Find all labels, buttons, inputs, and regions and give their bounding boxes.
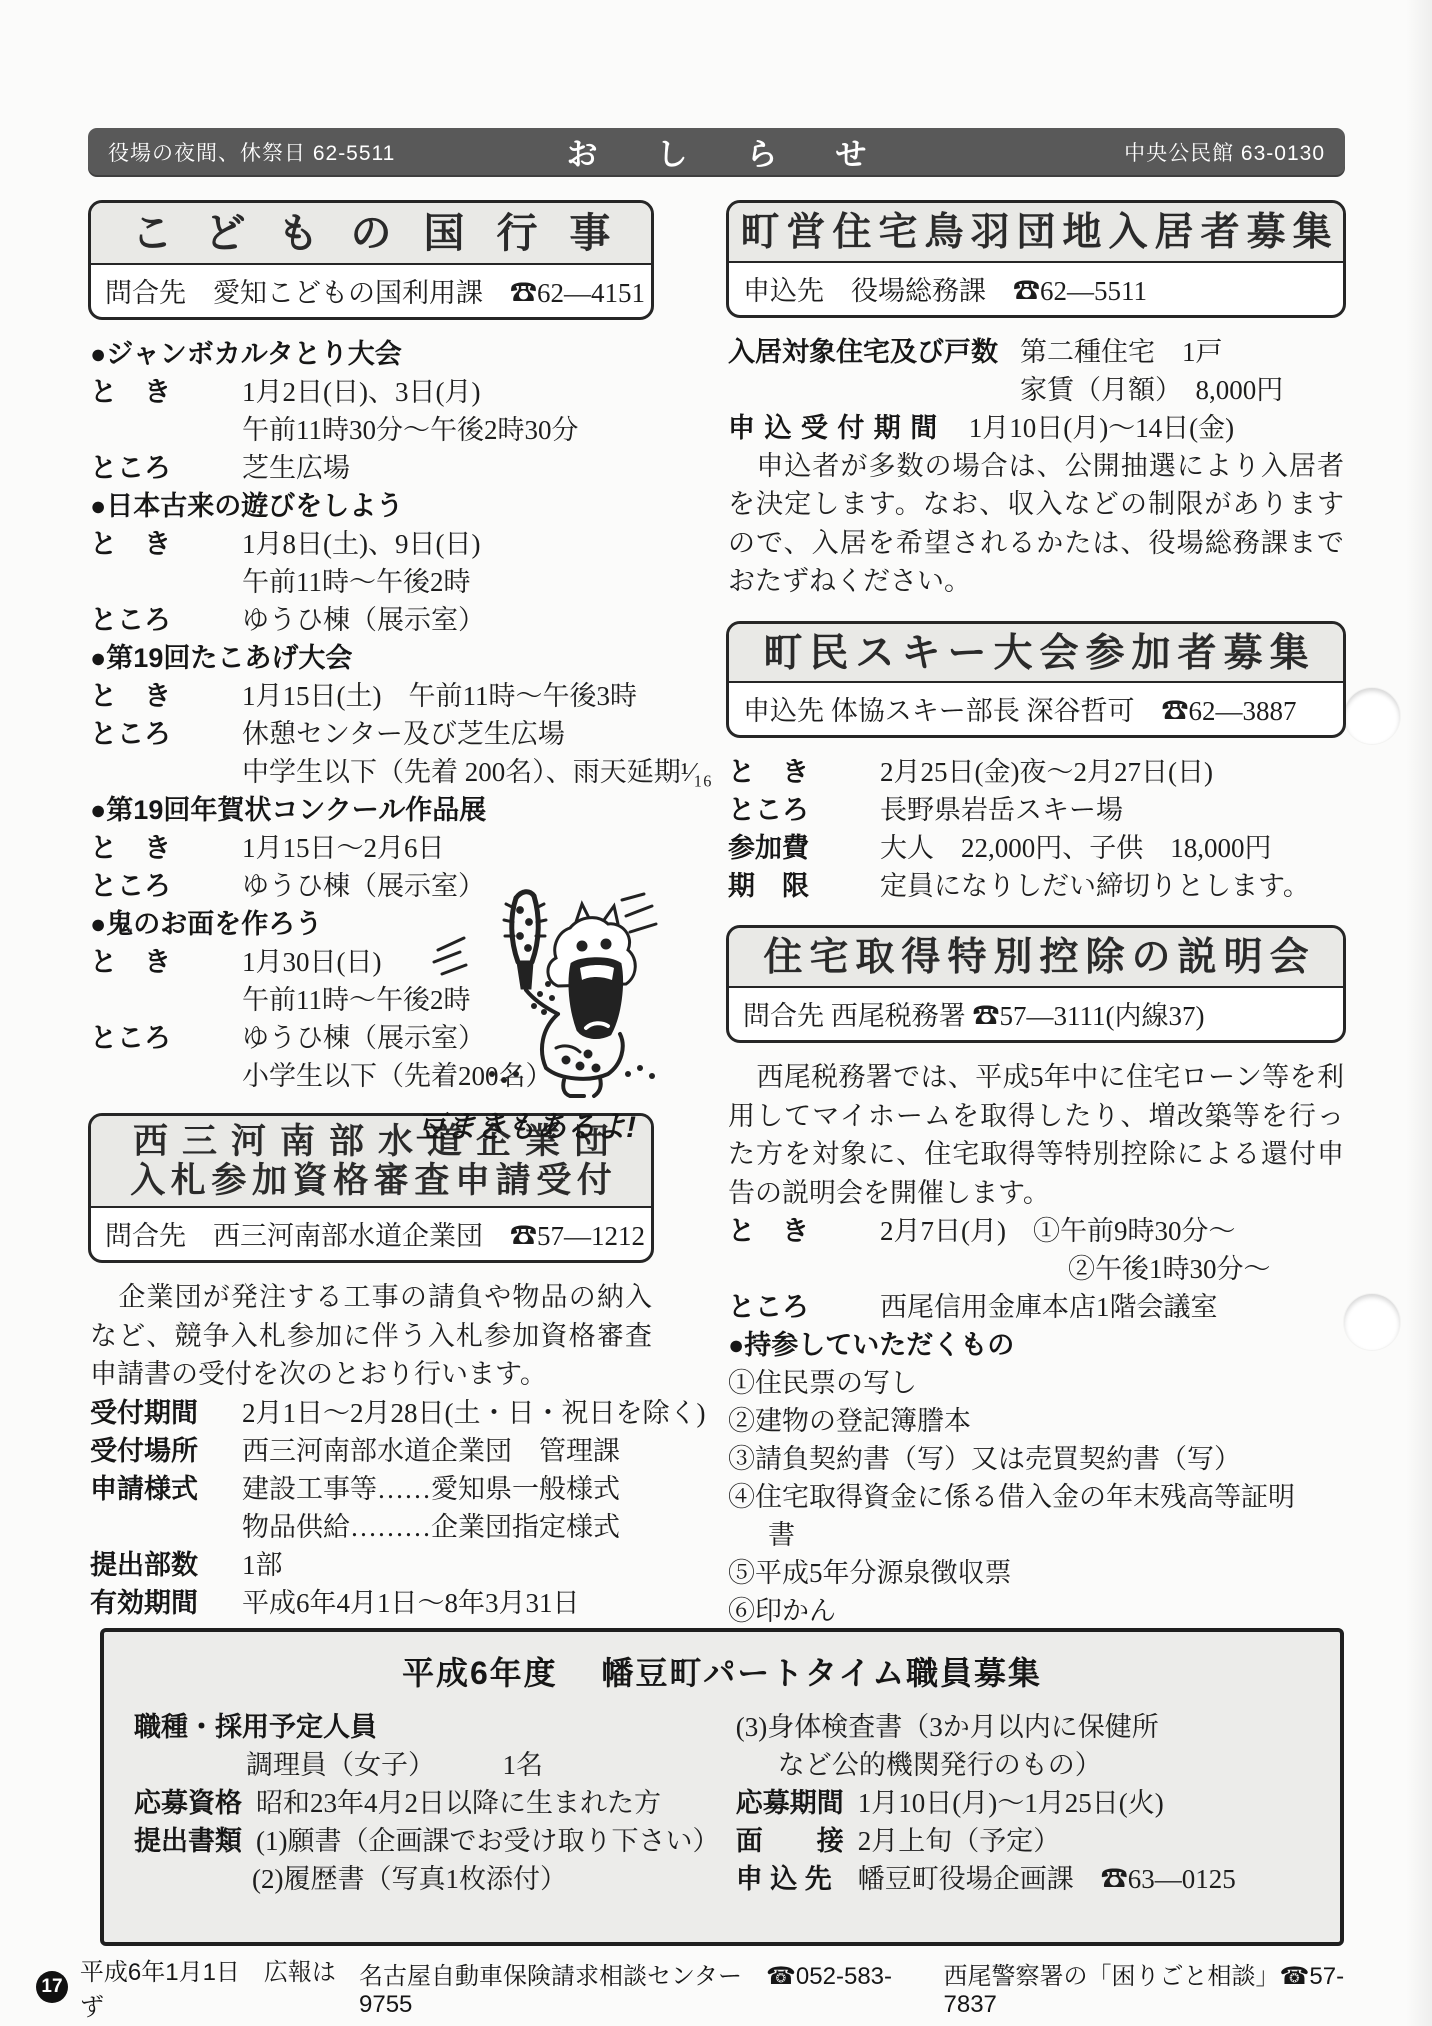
line-label: ところ (90, 715, 242, 753)
footer-right-contact: 西尾警察署の「困りごと相談」☎57-7837 (944, 1956, 1397, 2019)
text-line: ところ休憩センター及び芝生広場 (90, 715, 652, 753)
footer-center-contact: 名古屋自動車保険請求相談センター ☎052-583-9755 (359, 1956, 944, 2019)
line-label: 受付期間 (90, 1394, 242, 1432)
line-text: ●持参していただくもの (728, 1326, 1014, 1364)
kodomo-contact: 問合先 愛知こどもの国利用課 ☎62—4151 (91, 265, 651, 317)
part-time-title-year: 平成6年度 (402, 1655, 557, 1691)
line-label: と き (728, 1212, 880, 1250)
line-text: (1)願書（企画課でお受け取り下さい） (256, 1822, 719, 1860)
page-number-badge: 17 (36, 1971, 68, 2003)
jutaku-title: 町営住宅鳥羽団地入居者募集 (729, 203, 1343, 263)
line-label: 入居対象住宅及び戸数 (728, 333, 998, 371)
suido-body: 企業団が発注する工事の請負や物品の納入など、競争入札参加に伴う入札参加資格審査申… (90, 1278, 652, 1622)
line-text: 大人 22,000円、子供 18,000円 (880, 829, 1272, 867)
binder-hole-top (1344, 688, 1400, 744)
text-line: 提出部数1部 (90, 1546, 652, 1584)
suido-title-line2: 入札参加資格審査申請受付 (93, 1161, 649, 1200)
text-line: ⑥印かん (728, 1592, 1344, 1630)
line-text: 長野県岩岳スキー場 (880, 791, 1123, 829)
line-text: 2月1日～2月28日(土・日・祝日を除く) (242, 1394, 705, 1432)
koujo-body: 西尾税務署では、平成5年中に住宅ローン等を利用してマイホームを取得したり、増改築… (728, 1058, 1344, 1668)
text-line: と き2月25日(金)夜～2月27日(日) (728, 753, 1344, 791)
text-line: 申請様式建設工事等……愛知県一般様式 (90, 1470, 652, 1508)
ski-contact: 申込先 体協スキー部長 深谷哲可 ☎62—3887 (729, 683, 1343, 735)
text-line: ところゆうひ棟（展示室） (90, 601, 652, 639)
text-line: 家賃（月額） 8,000円 (728, 371, 1344, 409)
ski-title: 町民スキー大会参加者募集 (729, 624, 1343, 684)
line-text: 1月10日(月)～1月25日(火) (858, 1784, 1164, 1822)
line-text: 書 (768, 1516, 795, 1554)
text-line: と き1月15日～2月6日 (90, 829, 652, 867)
text-line: 書 (728, 1516, 1344, 1554)
text-line: 面 接2月上旬（予定） (736, 1822, 1314, 1860)
text-line: (2)履歴書（写真1枚添付） (134, 1860, 736, 1898)
line-label: 期 限 (728, 867, 880, 905)
line-text: ①住民票の写し (728, 1364, 917, 1402)
text-line: (3)身体検査書（3か月以内に保健所 (736, 1708, 1314, 1746)
part-time-left-column: 職種・採用予定人員調理員（女子） 1名応募資格昭和23年4月2日以降に生まれた方… (134, 1708, 736, 1898)
text-line: など公的機関発行のもの） (736, 1746, 1314, 1784)
line-text: 建設工事等……愛知県一般様式 (242, 1470, 620, 1508)
line-label: と き (90, 373, 242, 411)
text-line: 職種・採用予定人員 (134, 1708, 736, 1746)
line-text: 家賃（月額） 8,000円 (1020, 371, 1283, 409)
line-text: 西三河南部水道企業団 管理課 (242, 1432, 620, 1470)
text-line: 申込受付期間1月10日(月)～14日(金) (728, 409, 1344, 447)
right-column: 町営住宅鳥羽団地入居者募集 申込先 役場総務課 ☎62—5511 入居対象住宅及… (726, 200, 1346, 1668)
text-line: 受付場所西三河南部水道企業団 管理課 (90, 1432, 652, 1470)
section-part-time-box: 平成6年度幡豆町パートタイム職員募集 職種・採用予定人員調理員（女子） 1名応募… (100, 1628, 1344, 1946)
line-label: 提出部数 (90, 1546, 242, 1584)
line-text: 定員になりしだい締切りとします。 (880, 867, 1310, 905)
text-line: 受付期間2月1日～2月28日(土・日・祝日を除く) (90, 1394, 652, 1432)
line-text: 昭和23年4月2日以降に生まれた方 (256, 1784, 661, 1822)
oni-illustration (430, 888, 662, 1100)
text-line: 申込者が多数の場合は、公開抽選により入居者を決定します。なお、収入などの制限があ… (728, 447, 1344, 601)
line-label: 提出書類 (134, 1822, 256, 1860)
text-line: と き1月15日(土) 午前11時～午後3時 (90, 677, 652, 715)
line-text: ●日本古来の遊びをしよう (90, 487, 403, 525)
text-line: 期 限定員になりしだい締切りとします。 (728, 867, 1344, 905)
line-text: ●鬼のお面を作ろう (90, 905, 322, 943)
line-text: 午前11時～午後2時 (242, 563, 471, 601)
text-line: 応募資格昭和23年4月2日以降に生まれた方 (134, 1784, 736, 1822)
part-time-right-column: (3)身体検査書（3か月以内に保健所など公的機関発行のもの）応募期間1月10日(… (736, 1708, 1314, 1898)
line-text: 1月30日(日) (242, 943, 381, 981)
line-text: 休憩センター及び芝生広場 (242, 715, 565, 753)
line-text: ②建物の登記簿謄本 (728, 1402, 971, 1440)
text-line: ●日本古来の遊びをしよう (90, 487, 652, 525)
text-line: 午前11時～午後2時 (90, 563, 652, 601)
text-line: 中学生以下（先着 200名）、雨天延期¹⁄₁₆ (90, 753, 652, 791)
text-line: ●ジャンボカルタとり大会 (90, 335, 652, 373)
page-title: おしらせ (88, 129, 1345, 174)
line-label: と き (90, 677, 242, 715)
jutaku-contact: 申込先 役場総務課 ☎62—5511 (729, 263, 1343, 315)
line-text: 1月15日(土) 午前11時～午後3時 (242, 677, 637, 715)
line-text: (2)履歴書（写真1枚添付） (252, 1860, 567, 1898)
line-label: と き (90, 525, 242, 563)
line-text: 1月2日(日)、3日(月) (242, 373, 480, 411)
line-label: 参加費 (728, 829, 880, 867)
line-text: など公的機関発行のもの） (778, 1746, 1102, 1784)
text-line: 申 込 先幡豆町役場企画課 ☎63—0125 (736, 1860, 1314, 1898)
text-line: ところ長野県岩岳スキー場 (728, 791, 1344, 829)
section-ski-box: 町民スキー大会参加者募集 申込先 体協スキー部長 深谷哲可 ☎62—3887 (726, 621, 1346, 739)
header-bar: 役場の夜間、休祭日 62-5511 おしらせ 中央公民館 63-0130 (88, 128, 1345, 175)
text-line: ①住民票の写し (728, 1364, 1344, 1402)
text-line: 午前11時30分～午後2時30分 (90, 411, 652, 449)
line-text: ⑤平成5年分源泉徴収票 (728, 1554, 1012, 1592)
oni-caption: 豆まきもあるよ! (416, 1102, 716, 1146)
ski-body: と き2月25日(金)夜～2月27日(日)ところ長野県岩岳スキー場参加費大人 2… (728, 753, 1344, 905)
text-line: と き1月2日(日)、3日(月) (90, 373, 652, 411)
text-line: ●第19回たこあげ大会 (90, 639, 652, 677)
line-label: と き (728, 753, 880, 791)
line-label: 受付場所 (90, 1432, 242, 1470)
line-text: 1月15日～2月6日 (242, 829, 445, 867)
line-label: 申 込 先 (736, 1860, 858, 1898)
line-text: 午前11時30分～午後2時30分 (242, 411, 579, 449)
line-text: 西尾信用金庫本店1階会議室 (880, 1288, 1218, 1326)
kodomo-title: こどもの国行事 (91, 203, 651, 265)
line-text: ●第19回年賀状コンクール作品展 (90, 791, 486, 829)
text-line: 有効期間平成6年4月1日～8年3月31日 (90, 1584, 652, 1622)
line-text: 1月10日(月)～14日(金) (969, 409, 1234, 447)
text-line: 企業団が発注する工事の請負や物品の納入など、競争入札参加に伴う入札参加資格審査申… (90, 1278, 652, 1394)
text-line: と き2月7日(月) ①午前9時30分～ (728, 1212, 1344, 1250)
line-text: ●第19回たこあげ大会 (90, 639, 352, 677)
text-line: 調理員（女子） 1名 (134, 1746, 736, 1784)
line-label: ところ (90, 601, 242, 639)
line-text: 2月25日(金)夜～2月27日(日) (880, 753, 1213, 791)
text-line: ②建物の登記簿謄本 (728, 1402, 1344, 1440)
part-time-title: 平成6年度幡豆町パートタイム職員募集 (104, 1648, 1340, 1694)
text-line: ④住宅取得資金に係る借入金の年末残高等証明 (728, 1478, 1344, 1516)
text-line: ③請負契約書（写）又は売買契約書（写） (728, 1440, 1344, 1478)
line-text: 平成6年4月1日～8年3月31日 (242, 1584, 580, 1622)
line-text: ②午後1時30分～ (1068, 1250, 1271, 1288)
line-text: 1部 (242, 1546, 283, 1584)
text-line: 応募期間1月10日(月)～1月25日(火) (736, 1784, 1314, 1822)
text-line: 入居対象住宅及び戸数第二種住宅 1戸 (728, 333, 1344, 371)
scan-edge-shading (1406, 0, 1432, 2026)
footer-date-edition: 平成6年1月1日 広報はず (80, 1952, 359, 2022)
line-text: 職種・採用予定人員 (134, 1708, 377, 1746)
line-text: 2月上旬（予定） (858, 1822, 1061, 1860)
part-time-title-main: 幡豆町パートタイム職員募集 (602, 1655, 1042, 1691)
section-koujo-box: 住宅取得特別控除の説明会 問合先 西尾税務署 ☎57—3111(内線37) (726, 925, 1346, 1043)
line-label: ところ (90, 1019, 242, 1057)
line-label: と き (90, 829, 242, 867)
line-label: 申込受付期間 (728, 409, 947, 447)
text-line: ところ芝生広場 (90, 449, 652, 487)
left-column: こどもの国行事 問合先 愛知こどもの国利用課 ☎62—4151 ●ジャンボカルタ… (88, 200, 654, 1622)
line-text: 幡豆町役場企画課 ☎63—0125 (858, 1860, 1236, 1898)
koujo-title: 住宅取得特別控除の説明会 (729, 928, 1343, 988)
text-line: ところ西尾信用金庫本店1階会議室 (728, 1288, 1344, 1326)
text-line: ●持参していただくもの (728, 1326, 1344, 1364)
text-line: 西尾税務署では、平成5年中に住宅ローン等を利用してマイホームを取得したり、増改築… (728, 1058, 1344, 1212)
line-label: 面 接 (736, 1822, 858, 1860)
line-text: ⑥印かん (728, 1592, 836, 1630)
page-footer: 17 平成6年1月1日 広報はず 名古屋自動車保険請求相談センター ☎052-5… (36, 1952, 1396, 2022)
text-line: 参加費大人 22,000円、子供 18,000円 (728, 829, 1344, 867)
line-label: ところ (728, 1288, 880, 1326)
section-jutaku-box: 町営住宅鳥羽団地入居者募集 申込先 役場総務課 ☎62—5511 (726, 200, 1346, 318)
line-text: 第二種住宅 1戸 (1020, 333, 1223, 371)
line-text: ③請負契約書（写）又は売買契約書（写） (728, 1440, 1241, 1478)
line-text: 中学生以下（先着 200名）、雨天延期¹⁄₁₆ (242, 753, 712, 791)
line-text: ●ジャンボカルタとり大会 (90, 335, 402, 373)
text-line: ⑤平成5年分源泉徴収票 (728, 1554, 1344, 1592)
binder-hole-bottom (1344, 1294, 1400, 1350)
section-kodomo-box: こどもの国行事 問合先 愛知こどもの国利用課 ☎62—4151 (88, 200, 654, 320)
line-text: 2月7日(月) ①午前9時30分～ (880, 1212, 1235, 1250)
koujo-contact: 問合先 西尾税務署 ☎57—3111(内線37) (729, 988, 1343, 1040)
line-text: 物品供給………企業団指定様式 (242, 1508, 620, 1546)
line-label: ところ (90, 867, 242, 905)
line-text: ゆうひ棟（展示室） (242, 601, 485, 639)
line-label: ところ (90, 449, 242, 487)
jutaku-body: 入居対象住宅及び戸数第二種住宅 1戸家賃（月額） 8,000円申込受付期間1月1… (728, 333, 1344, 601)
line-text: (3)身体検査書（3か月以内に保健所 (736, 1708, 1159, 1746)
line-label: ところ (728, 791, 880, 829)
text-line: 提出書類(1)願書（企画課でお受け取り下さい） (134, 1822, 736, 1860)
line-label: 応募資格 (134, 1784, 256, 1822)
text-line: ●第19回年賀状コンクール作品展 (90, 791, 652, 829)
line-text: 調理員（女子） 1名 (246, 1746, 543, 1784)
text-line: 物品供給………企業団指定様式 (90, 1508, 652, 1546)
line-label: 申請様式 (90, 1470, 242, 1508)
line-text: 芝生広場 (242, 449, 350, 487)
text-line: と き1月8日(土)、9日(日) (90, 525, 652, 563)
line-label: 応募期間 (736, 1784, 858, 1822)
line-label: と き (90, 943, 242, 981)
line-label: 有効期間 (90, 1584, 242, 1622)
line-text: 1月8日(土)、9日(日) (242, 525, 480, 563)
part-time-columns: 職種・採用予定人員調理員（女子） 1名応募資格昭和23年4月2日以降に生まれた方… (104, 1694, 1340, 1898)
line-text: ④住宅取得資金に係る借入金の年末残高等証明 (728, 1478, 1295, 1516)
text-line: ②午後1時30分～ (728, 1250, 1344, 1288)
suido-contact: 問合先 西三河南部水道企業団 ☎57—1212 (91, 1208, 651, 1260)
